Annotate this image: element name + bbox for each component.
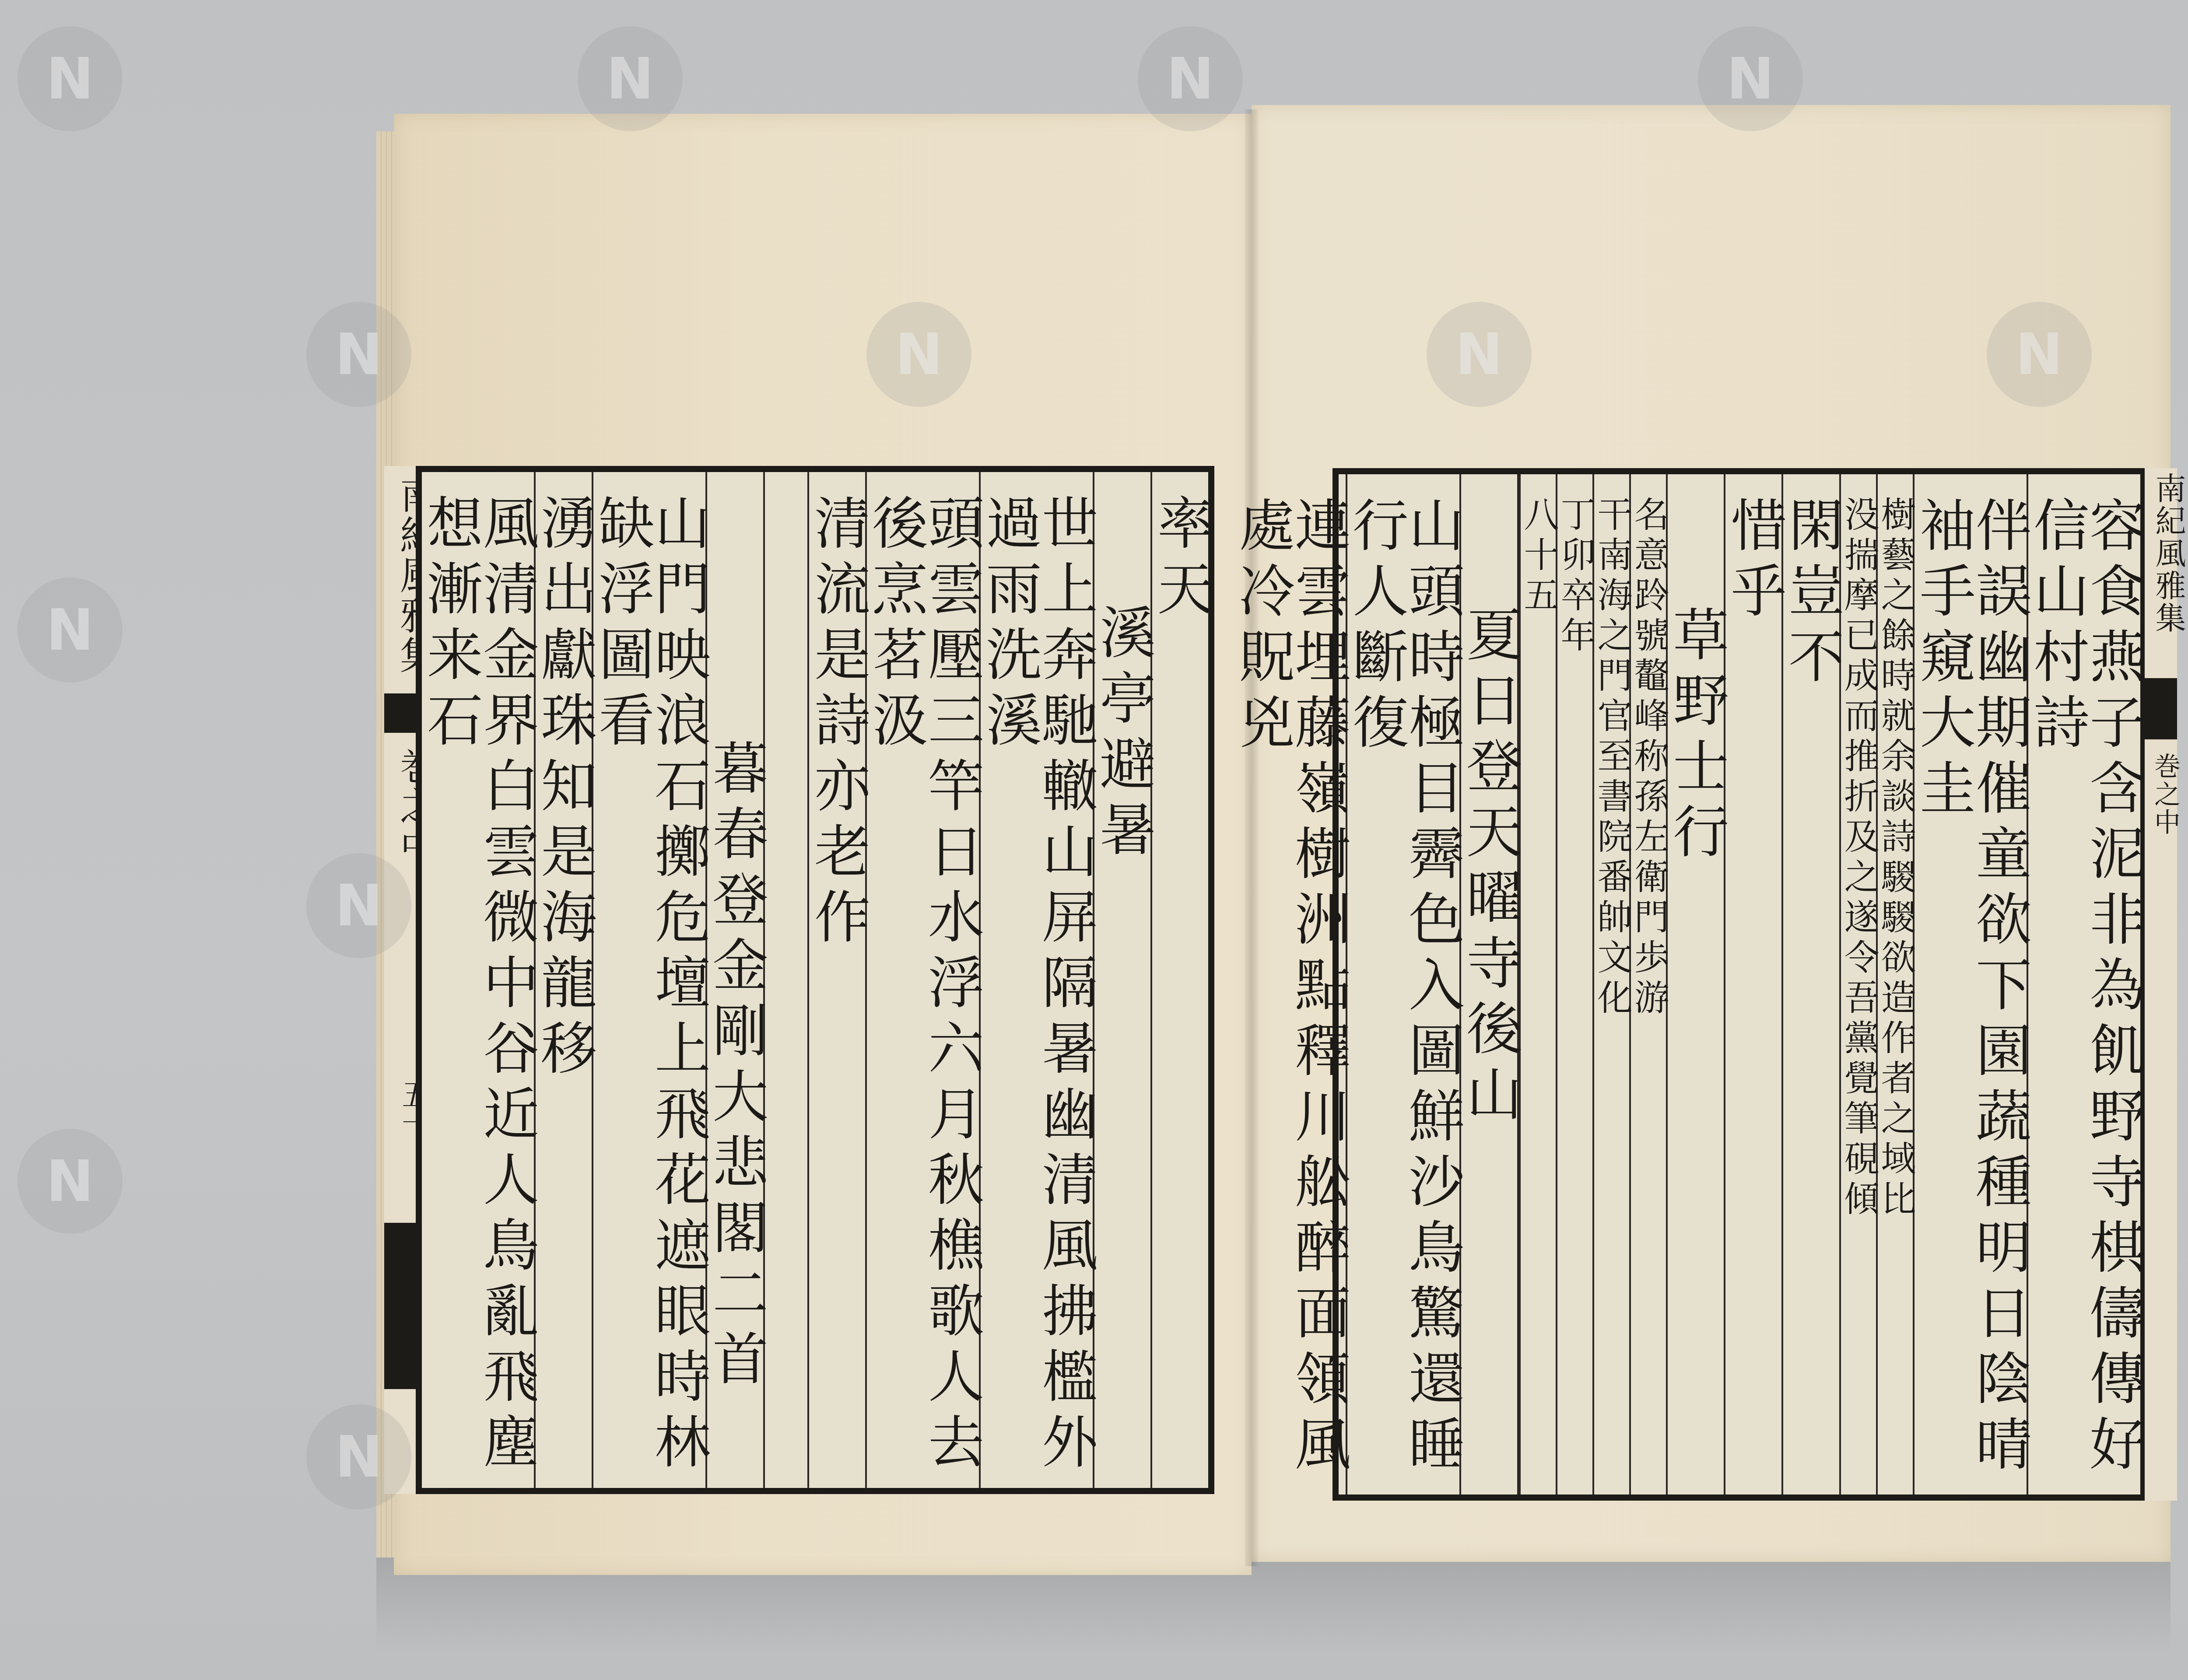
text-column: 頭雲壓三竿日水浮六月秋樵歌人去後烹茗汲 xyxy=(865,472,979,1488)
column-text: 湧出獻珠知是海龍移 xyxy=(536,494,592,1488)
watermark-logo-icon: N xyxy=(306,1404,411,1509)
watermark-logo-icon: N xyxy=(866,302,971,407)
left-columns: 率天溪亭避暑世上奔馳轍山屏隔暑幽清風拂檻外過雨洗溪頭雲壓三竿日水浮六月秋樵歌人去… xyxy=(422,472,1208,1488)
column-text: 頭雲壓三竿日水浮六月秋樵歌人去後烹茗汲 xyxy=(867,494,979,1488)
column-text: 閑豈不 xyxy=(1783,496,1839,1494)
text-column: 清流是詩亦老作 xyxy=(807,472,865,1488)
column-text: 夏日登天曜寺後山 xyxy=(1461,605,1517,1494)
column-text: 世上奔馳轍山屏隔暑幽清風拂檻外過雨洗溪 xyxy=(981,494,1093,1488)
text-column: 草野士行 xyxy=(1666,474,1724,1494)
watermark-logo-icon: N xyxy=(1698,26,1803,131)
column-text: 干南海之門官至書院番帥文化 xyxy=(1594,496,1629,1494)
right-text-frame: 容食燕子含泥非為飢野寺棋儔傳好信山村詩伴誤幽期催童欲下園蔬種明日陰晴袖手窺大圭樹… xyxy=(1332,468,2146,1501)
watermark-logo-icon: N xyxy=(18,577,123,682)
text-column: 容食燕子含泥非為飢野寺棋儔傳好信山村詩 xyxy=(2027,474,2140,1494)
text-column: 名意跉號鼇峰称孫左衛門歩游 xyxy=(1629,474,1666,1494)
text-column: 没揣摩已成而推折及之遂令吾黨覺筆硯傾 xyxy=(1839,474,1876,1494)
watermark-logo-icon: N xyxy=(1138,26,1243,131)
column-text: 没揣摩已成而推折及之遂令吾黨覺筆硯傾 xyxy=(1841,496,1876,1494)
text-column: 干南海之門官至書院番帥文化 xyxy=(1592,474,1629,1494)
watermark-logo-icon: N xyxy=(18,1129,123,1234)
column-text: 容食燕子含泥非為飢野寺棋儔傳好信山村詩 xyxy=(2028,496,2140,1494)
right-page-margin: 南紀風雅集 巻之中 xyxy=(2142,468,2177,1501)
right-book-title: 南紀風雅集 xyxy=(2146,472,2188,634)
text-column: 惜乎 xyxy=(1724,474,1781,1494)
text-column xyxy=(763,472,807,1488)
column-text: 惜乎 xyxy=(1725,496,1781,1494)
text-column: 山門映浪石擲危壇上飛花遮眼時林缺浮圖看 xyxy=(592,472,705,1488)
text-column: 連雲埋藤嶺樹洲點釋川舩醉面領風處冷貺兇 xyxy=(1234,474,1346,1494)
text-column: 八十五 xyxy=(1519,474,1556,1494)
text-column: 湧出獻珠知是海龍移 xyxy=(534,472,592,1488)
text-column: 暮春登金剛大悲閣二首 xyxy=(705,472,763,1488)
column-text: 山頭時極目霽色入圖鮮沙鳥驚還睡行人斷復 xyxy=(1347,496,1459,1494)
column-text: 草野士行 xyxy=(1668,605,1724,1494)
right-volume-label: 巻之中 xyxy=(2146,752,2184,836)
column-text: 名意跉號鼇峰称孫左衛門歩游 xyxy=(1631,496,1666,1494)
text-column: 丁卯卒年 xyxy=(1556,474,1592,1494)
column-text: 山門映浪石擲危壇上飛花遮眼時林缺浮圖看 xyxy=(593,494,705,1488)
text-column: 閑豈不 xyxy=(1781,474,1839,1494)
left-text-frame: 率天溪亭避暑世上奔馳轍山屏隔暑幽清風拂檻外過雨洗溪頭雲壓三竿日水浮六月秋樵歌人去… xyxy=(416,466,1214,1494)
column-text: 風清金界白雲微中谷近人鳥亂飛塵想漸来石 xyxy=(422,494,534,1488)
watermark-logo-icon: N xyxy=(1987,302,2092,407)
watermark-logo-icon: N xyxy=(306,302,411,407)
watermark-logo-icon: N xyxy=(18,26,123,131)
column-text: 八十五 xyxy=(1521,496,1556,1494)
column-text: 清流是詩亦老作 xyxy=(809,494,865,1488)
column-text: 伴誤幽期催童欲下園蔬種明日陰晴袖手窺大圭 xyxy=(1914,496,2027,1494)
column-text: 連雲埋藤嶺樹洲點釋川舩醉面領風處冷貺兇 xyxy=(1234,496,1346,1494)
right-columns: 容食燕子含泥非為飢野寺棋儔傳好信山村詩伴誤幽期催童欲下園蔬種明日陰晴袖手窺大圭樹… xyxy=(1339,474,2140,1494)
text-column: 世上奔馳轍山屏隔暑幽清風拂檻外過雨洗溪 xyxy=(979,472,1093,1488)
text-column: 溪亭避暑 xyxy=(1093,472,1150,1488)
column-text: 暮春登金剛大悲閣二首 xyxy=(707,739,763,1488)
text-column: 夏日登天曜寺後山 xyxy=(1459,474,1517,1494)
watermark-logo-icon: N xyxy=(306,853,411,958)
right-fishtail-mark xyxy=(2145,678,2177,739)
text-column: 風清金界白雲微中谷近人鳥亂飛塵想漸来石 xyxy=(422,472,534,1488)
text-column: 樹藝之餘時就余談詩騣騣欲造作者之域比 xyxy=(1876,474,1913,1494)
column-text: 溪亭避暑 xyxy=(1094,603,1150,1488)
column-text: 丁卯卒年 xyxy=(1557,496,1592,1494)
text-column: 伴誤幽期催童欲下園蔬種明日陰晴袖手窺大圭 xyxy=(1913,474,2027,1494)
column-text: 樹藝之餘時就余談詩騣騣欲造作者之域比 xyxy=(1878,496,1913,1494)
watermark-logo-icon: N xyxy=(578,26,683,131)
column-text: 率天 xyxy=(1152,494,1208,1488)
text-column: 率天 xyxy=(1150,472,1208,1488)
watermark-logo-icon: N xyxy=(1427,302,1532,407)
text-column: 山頭時極目霽色入圖鮮沙鳥驚還睡行人斷復 xyxy=(1346,474,1459,1494)
